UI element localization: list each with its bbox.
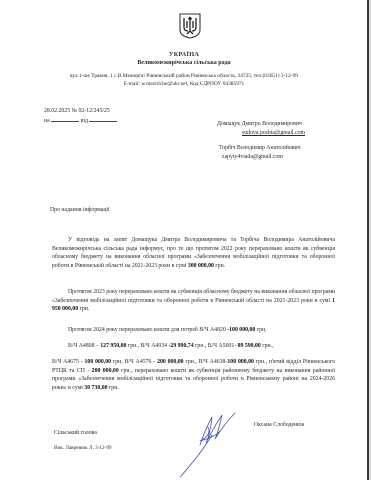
council-contacts: E-mail: w.meziriche@ukr.net, Код ЄДРПОУ … xyxy=(0,81,368,87)
amount-a4820: -100 000,00 xyxy=(227,327,255,333)
council-address: вул.1-ше Травня, 1 с.В.Межирічі Рівненсь… xyxy=(0,73,368,79)
signatory-title: Сільський голова xyxy=(54,430,97,436)
council-name: Великомежирічська сільська рада xyxy=(0,60,368,66)
amount-a4808: 127 950,00 xyxy=(100,343,126,349)
reference-line: на від xyxy=(44,116,117,124)
amount-a4576: 200 000,00 xyxy=(157,359,184,365)
amount-a4934: -29 990,74 xyxy=(168,343,193,349)
letter-page: УКРАЇНА Великомежирічська сільська рада … xyxy=(0,0,368,480)
executor-line: Вик. Лавренюк Л. 3-12-99 xyxy=(54,445,112,451)
amount-district: 30 730,00 xyxy=(84,385,107,391)
na-blank xyxy=(51,116,79,122)
vid-label: від xyxy=(81,118,88,124)
trident-coat-of-arms-icon xyxy=(179,13,201,39)
paragraph-2024-intro: Протягом 2024 року перераховано кошти дл… xyxy=(52,326,335,335)
na-label: на xyxy=(44,118,50,124)
handwritten-signature-icon xyxy=(160,405,250,480)
recipient-1-name: Домащук Дмитро Володимирович xyxy=(217,121,302,127)
amount-2022: 300 000,00 xyxy=(188,263,214,269)
amount-rtck: 200 000,00 xyxy=(92,368,119,374)
registration-number: 28.02.2025 № 02-12/245/25 xyxy=(44,108,110,114)
paragraph-2024-district: В/Ч А4675 - 100 000,00 грн, В/Ч А4576 - … xyxy=(52,358,335,393)
paragraph-2022: У відповідь на запит Домащука Дмитра Вол… xyxy=(52,236,335,271)
country-heading: УКРАЇНА xyxy=(0,51,368,58)
letter-subject: Про надання інформації xyxy=(50,207,110,213)
paragraph-2024-units: В/Ч А4808 – 127 950,00 грн., В/Ч А4934 -… xyxy=(52,342,335,351)
amount-a4675: 100 000,00 xyxy=(85,359,112,365)
recipient-2-name: Торбіч Володимир Анатолійович xyxy=(219,145,301,151)
recipient-1-email[interactable]: sudova.poshta@gmail.com xyxy=(242,130,305,136)
amount-a4638: 100 000,00 xyxy=(227,359,254,365)
signatory-name: Оксана Слободенюк xyxy=(254,422,304,428)
amount-a5001: 89 590,00 xyxy=(238,343,261,349)
recipient-2-email[interactable]: zapyty4viada@gmail.com xyxy=(222,154,283,160)
vid-blank xyxy=(89,116,117,122)
paragraph-2023: Протягом 2023 року перераховано кошти як… xyxy=(52,288,335,314)
